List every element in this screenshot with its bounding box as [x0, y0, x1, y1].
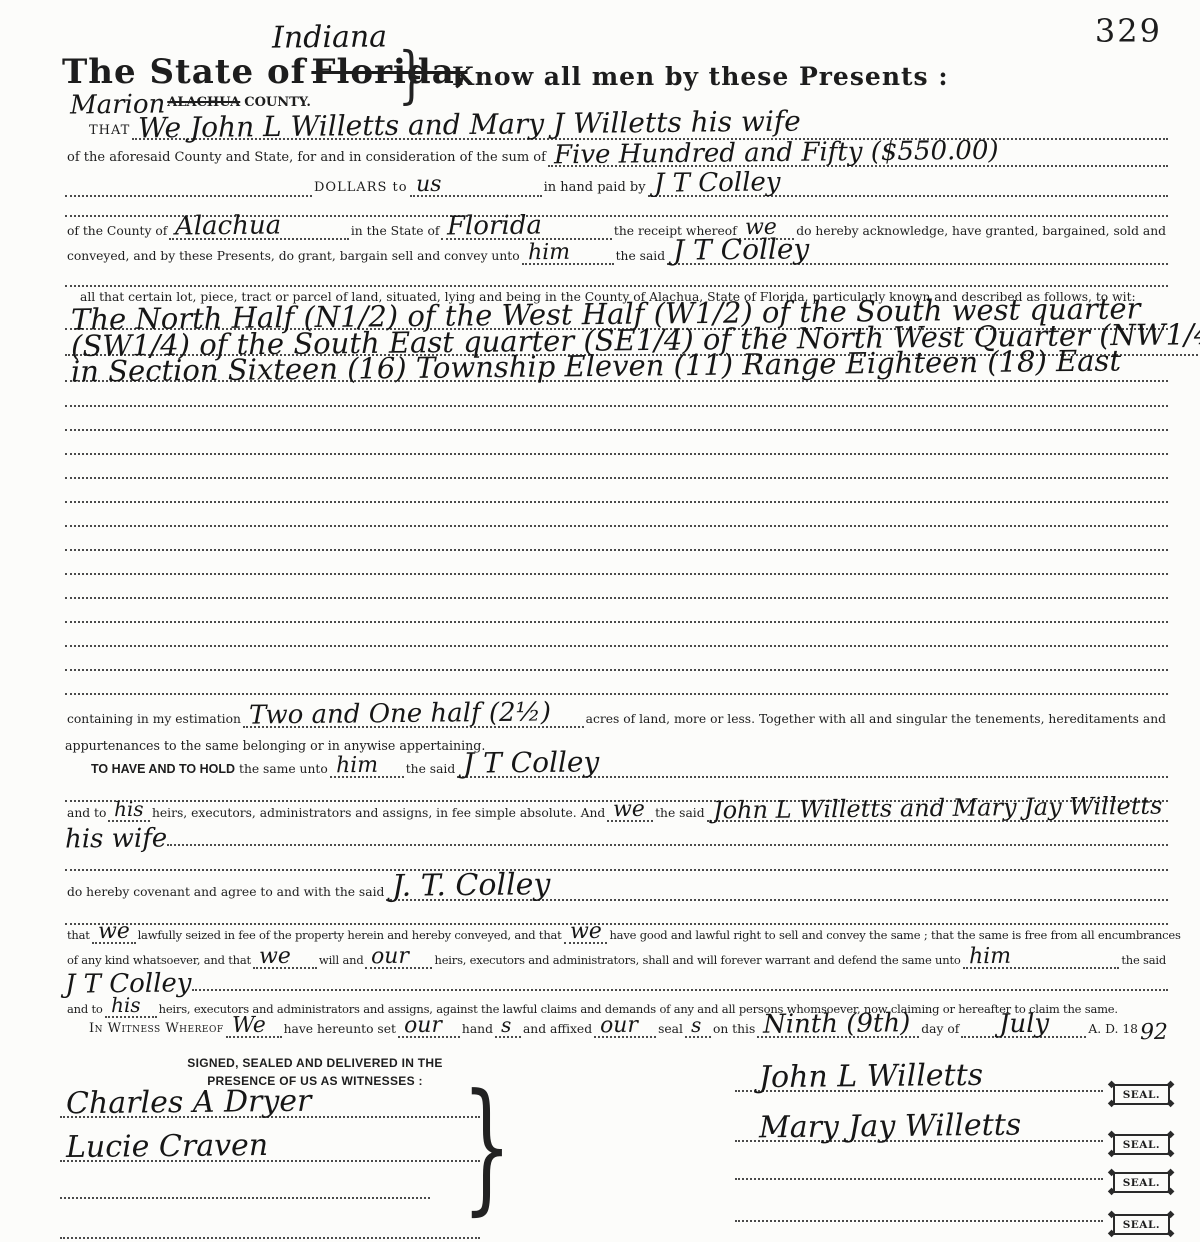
grantee-fill: J T Colley	[667, 237, 1168, 265]
to-have-grantee-handwriting: J T Colley	[463, 749, 600, 776]
to-have-grantee-fill: J T Colley	[457, 750, 1168, 778]
grantor4-fill	[735, 1220, 1103, 1222]
to-have-pronoun-fill: him	[330, 756, 404, 778]
seal-corner-icon: ◆	[1167, 1080, 1175, 1090]
same-unto-label: the same unto	[237, 762, 330, 778]
warranty-grantee-trailing-fill	[192, 989, 1168, 991]
grantor-signature-line-4: ◆◆◆◆SEAL.	[735, 1192, 1170, 1222]
containing-line: containing in my estimation Two and One …	[65, 694, 1168, 728]
dollars-line: DOLLARS to us in hand paid by J T Colley	[65, 165, 1168, 197]
to-have-pronoun-handwriting: him	[336, 756, 378, 776]
ruled-line	[65, 621, 1168, 623]
witness1-signature-handwriting: Charles A Dryer	[66, 1088, 312, 1118]
witness-signature-line-2: Lucie Craven	[60, 1126, 480, 1162]
seal-s-fill: s	[685, 1016, 711, 1038]
seal-word: seal	[656, 1022, 685, 1038]
seal-label: SEAL.	[1123, 1219, 1160, 1231]
ruled-line	[65, 597, 1168, 599]
amount-fill: Five Hundred and Fifty ($550.00)	[548, 142, 1168, 167]
ruled-line	[65, 501, 1168, 503]
seal-corner-icon: ◆	[1108, 1130, 1116, 1140]
ruled-line	[65, 453, 1168, 455]
seal-corner-icon: ◆	[1167, 1130, 1175, 1140]
witness-heading-1: SIGNED, SEALED AND DELIVERED IN THE	[150, 1056, 480, 1070]
witness-our2-handwriting: our	[600, 1016, 638, 1036]
state-correction-handwriting: Indiana	[272, 23, 387, 51]
paid-to-handwriting: us	[416, 175, 442, 195]
seal-stamp: ◆◆◆◆SEAL.	[1113, 1084, 1170, 1105]
acreage-fill: Two and One half (2½)	[243, 703, 584, 728]
day-fill: Ninth (9th)	[757, 1013, 919, 1038]
unto-pronoun-handwriting: him	[528, 243, 570, 263]
year-handwriting: 92	[1140, 1023, 1168, 1043]
affixed-text: and affixed	[521, 1022, 594, 1038]
his-wife-line: his wife	[65, 814, 1168, 846]
covenant-line: do hereby covenant and agree to and with…	[65, 867, 1168, 901]
header-brace: }	[398, 44, 426, 106]
seal-stamp: ◆◆◆◆SEAL.	[1113, 1172, 1170, 1193]
ruled-line	[65, 573, 1168, 575]
to-have-line: TO HAVE AND TO HOLD the same unto him th…	[65, 744, 1168, 778]
seal-corner-icon: ◆	[1108, 1080, 1116, 1090]
set-text: have hereunto set	[282, 1022, 398, 1038]
payer-fill: J T Colley	[648, 172, 1168, 197]
hand-s-fill: s	[495, 1016, 521, 1038]
witness-our2-fill: our	[594, 1016, 656, 1038]
acreage-handwriting: Two and One half (2½)	[249, 701, 551, 728]
description-handwriting-3: in Section Sixteen (16) Township Eleven …	[71, 348, 1121, 385]
witness-we-fill: We	[226, 1016, 282, 1038]
grantor-signature-line-3: ◆◆◆◆SEAL.	[735, 1150, 1170, 1180]
in-witness-whereof-label: In Witness Whereof	[87, 1021, 226, 1038]
witness2-fill: Lucie Craven	[60, 1133, 480, 1162]
containing-label: containing in my estimation	[65, 712, 243, 728]
day-of-label: day of	[919, 1022, 961, 1038]
unto-pronoun-fill: him	[522, 243, 614, 265]
warranty-grantee-line: J T Colley	[65, 959, 1168, 991]
state-struck-text: Florida,	[311, 52, 467, 92]
ruled-line	[65, 285, 1168, 287]
grantor1-fill: John L Willetts	[735, 1063, 1103, 1092]
ruled-line	[65, 429, 1168, 431]
know-all-men-heading: Know all men by these Presents :	[452, 62, 949, 91]
grantor-signature-line-1: John L Willetts ◆◆◆◆SEAL.	[735, 1056, 1170, 1092]
seal-label: SEAL.	[1123, 1177, 1160, 1189]
ruled-line	[65, 669, 1168, 671]
his-wife-handwriting: his wife	[65, 827, 167, 851]
grantor1-signature-handwriting: John L Willetts	[759, 1062, 983, 1091]
seal-stamp: ◆◆◆◆SEAL.	[1113, 1214, 1170, 1235]
ruled-line	[65, 477, 1168, 479]
month-fill: July	[961, 1013, 1086, 1038]
grantee-handwriting: J T Colley	[673, 236, 810, 263]
description-fill-3: in Section Sixteen (16) Township Eleven …	[65, 353, 1168, 382]
consideration-line: of the aforesaid County and State, for a…	[65, 133, 1168, 167]
ruled-line	[60, 1197, 430, 1199]
hand-s-handwriting: s	[501, 1016, 511, 1034]
conveyed-text: conveyed, and by these Presents, do gran…	[65, 249, 522, 265]
ad-label: A. D. 18	[1086, 1022, 1140, 1038]
witness-we-handwriting: We	[231, 1016, 265, 1036]
to-have-the-said-label: the said	[404, 762, 458, 778]
amount-handwriting: Five Hundred and Fifty ($550.00)	[554, 140, 999, 168]
witness1-fill: Charles A Dryer	[60, 1089, 480, 1118]
covenant-text: do hereby covenant and agree to and with…	[65, 885, 386, 901]
covenant-grantee-handwriting: J. T. Colley	[392, 871, 551, 900]
acres-text: acres of land, more or less. Together wi…	[584, 712, 1168, 728]
witness-our1-fill: our	[398, 1016, 460, 1038]
the-said-label: the said	[614, 249, 668, 265]
covenant-grantee-fill: J. T. Colley	[386, 872, 1168, 901]
his-wife-trailing-fill	[167, 844, 1168, 846]
leader-fill	[65, 195, 312, 197]
seal-corner-icon: ◆	[1108, 1210, 1116, 1220]
ruled-line	[65, 549, 1168, 551]
seal-corner-icon: ◆	[1108, 1229, 1116, 1239]
payer-handwriting: J T Colley	[653, 171, 780, 196]
conveyed-line: conveyed, and by these Presents, do gran…	[65, 235, 1168, 265]
paid-to-fill: us	[410, 175, 542, 197]
witness-our1-handwriting: our	[404, 1016, 442, 1036]
ruled-line	[65, 645, 1168, 647]
to-have-label: TO HAVE AND TO HOLD	[89, 762, 237, 778]
seal-corner-icon: ◆	[1167, 1210, 1175, 1220]
seal-corner-icon: ◆	[1108, 1168, 1116, 1178]
ruled-line	[65, 405, 1168, 407]
witness-clause-line: In Witness Whereof We have hereunto set …	[65, 1006, 1168, 1038]
seal-s-handwriting: s	[691, 1016, 701, 1034]
description-line-3: in Section Sixteen (16) Township Eleven …	[65, 348, 1168, 382]
witness2-signature-handwriting: Lucie Craven	[66, 1132, 268, 1161]
hand-word: hand	[460, 1022, 495, 1038]
deed-document-page: { "page_number": "329", "colors": { "ink…	[0, 0, 1200, 1242]
grantor3-fill	[735, 1178, 1103, 1180]
grantor-signature-line-2: Mary Jay Willetts ◆◆◆◆SEAL.	[735, 1106, 1170, 1142]
seal-corner-icon: ◆	[1167, 1168, 1175, 1178]
witness-brace: }	[462, 1076, 512, 1218]
witness-signature-line-1: Charles A Dryer	[60, 1082, 480, 1118]
on-this-label: on this	[711, 1022, 757, 1038]
month-handwriting: July	[999, 1013, 1049, 1037]
day-handwriting: Ninth (9th)	[763, 1012, 911, 1037]
in-hand-paid-by-label: in hand paid by	[542, 180, 648, 197]
page-number: 329	[1095, 12, 1162, 50]
grantor2-signature-handwriting: Mary Jay Willetts	[759, 1112, 1021, 1142]
seal-label: SEAL.	[1123, 1089, 1160, 1101]
ruled-line	[60, 1237, 480, 1239]
grantor2-fill: Mary Jay Willetts	[735, 1113, 1103, 1142]
seal-corner-icon: ◆	[1167, 1229, 1175, 1239]
dollars-to-label: DOLLARS to	[312, 180, 410, 197]
ruled-line	[65, 525, 1168, 527]
